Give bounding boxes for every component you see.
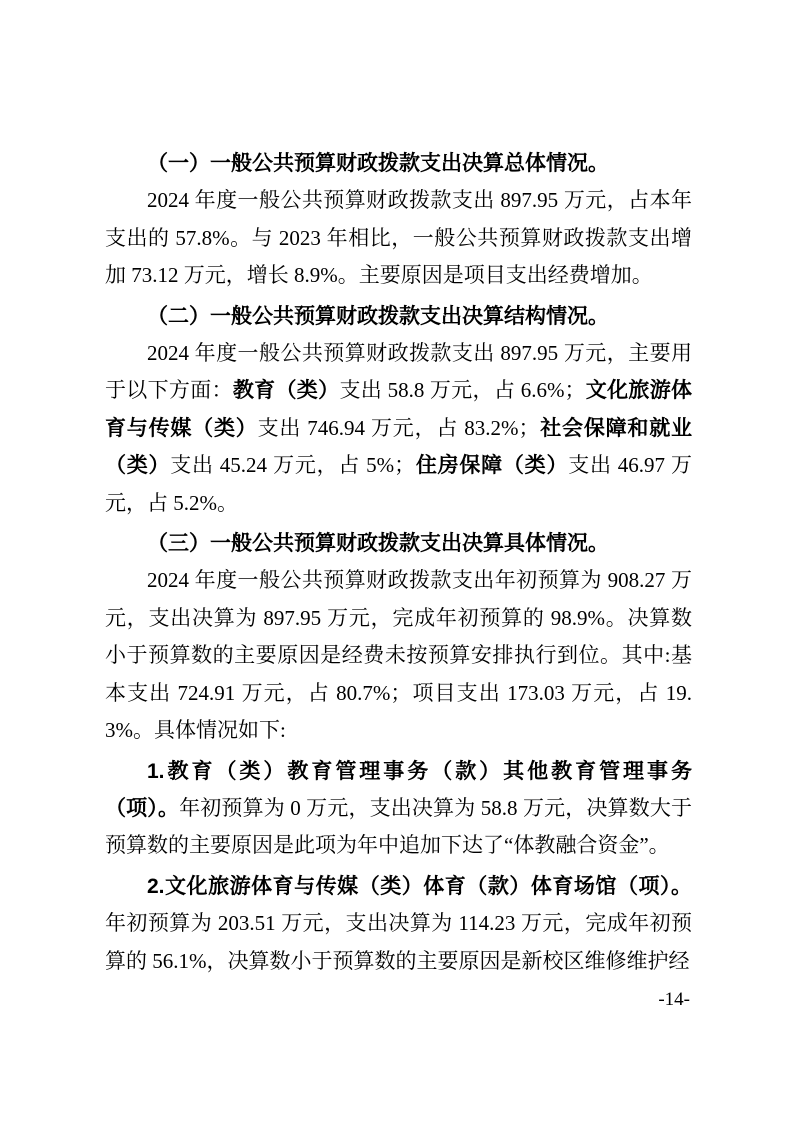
page-number: -14- — [658, 989, 690, 1010]
page-footer: -14- — [658, 988, 690, 1012]
bold-text-run: （一）一般公共预算财政拨款支出决算总体情况。 — [147, 152, 609, 175]
section-heading: （三）一般公共预算财政拨款支出决算具体情况。 — [105, 525, 692, 562]
document-body: （一）一般公共预算财政拨款支出决算总体情况。2024 年度一般公共预算财政拨款支… — [105, 145, 692, 980]
text-run: 2024 年度一般公共预算财政拨款支出年初预算为 908.27 万元，支出决算为… — [105, 568, 692, 742]
document-page: （一）一般公共预算财政拨款支出决算总体情况。2024 年度一般公共预算财政拨款支… — [0, 0, 793, 1122]
text-run: 支出 746.94 万元，占 83.2%； — [258, 416, 540, 440]
bold-text-run: （三）一般公共预算财政拨款支出决算具体情况。 — [147, 532, 609, 555]
text-run: 支出 45.24 万元，占 5%； — [170, 453, 415, 477]
bold-text-run: 2.文化旅游体育与传媒（类）体育（款）体育场馆（项）。 — [147, 875, 692, 898]
text-run: 年初预算为 203.51 万元，支出决算为 114.23 万元，完成年初预算的 … — [105, 911, 692, 972]
paragraph: 2024 年度一般公共预算财政拨款支出 897.95 万元，主要用于以下方面：教… — [105, 335, 692, 522]
text-run: 支出 58.8 万元，占 6.6%； — [339, 378, 585, 402]
paragraph: 2024 年度一般公共预算财政拨款支出年初预算为 908.27 万元，支出决算为… — [105, 562, 692, 749]
bold-text-run: 教育（类） — [233, 379, 340, 402]
paragraph: 2024 年度一般公共预算财政拨款支出 897.95 万元，占本年支出的 57.… — [105, 182, 692, 294]
section-heading: （二）一般公共预算财政拨款支出决算结构情况。 — [105, 298, 692, 335]
section-heading: （一）一般公共预算财政拨款支出决算总体情况。 — [105, 145, 692, 182]
paragraph: 1.教育（类）教育管理事务（款）其他教育管理事务（项）。年初预算为 0 万元，支… — [105, 753, 692, 865]
bold-text-run: （二）一般公共预算财政拨款支出决算结构情况。 — [147, 305, 609, 328]
text-run: 年初预算为 0 万元，支出决算为 58.8 万元，决算数大于预算数的主要原因是此… — [105, 796, 692, 857]
paragraph: 2.文化旅游体育与传媒（类）体育（款）体育场馆（项）。年初预算为 203.51 … — [105, 868, 692, 980]
text-run: 2024 年度一般公共预算财政拨款支出 897.95 万元，占本年支出的 57.… — [105, 188, 692, 287]
bold-text-run: 住房保障（类） — [415, 454, 568, 477]
